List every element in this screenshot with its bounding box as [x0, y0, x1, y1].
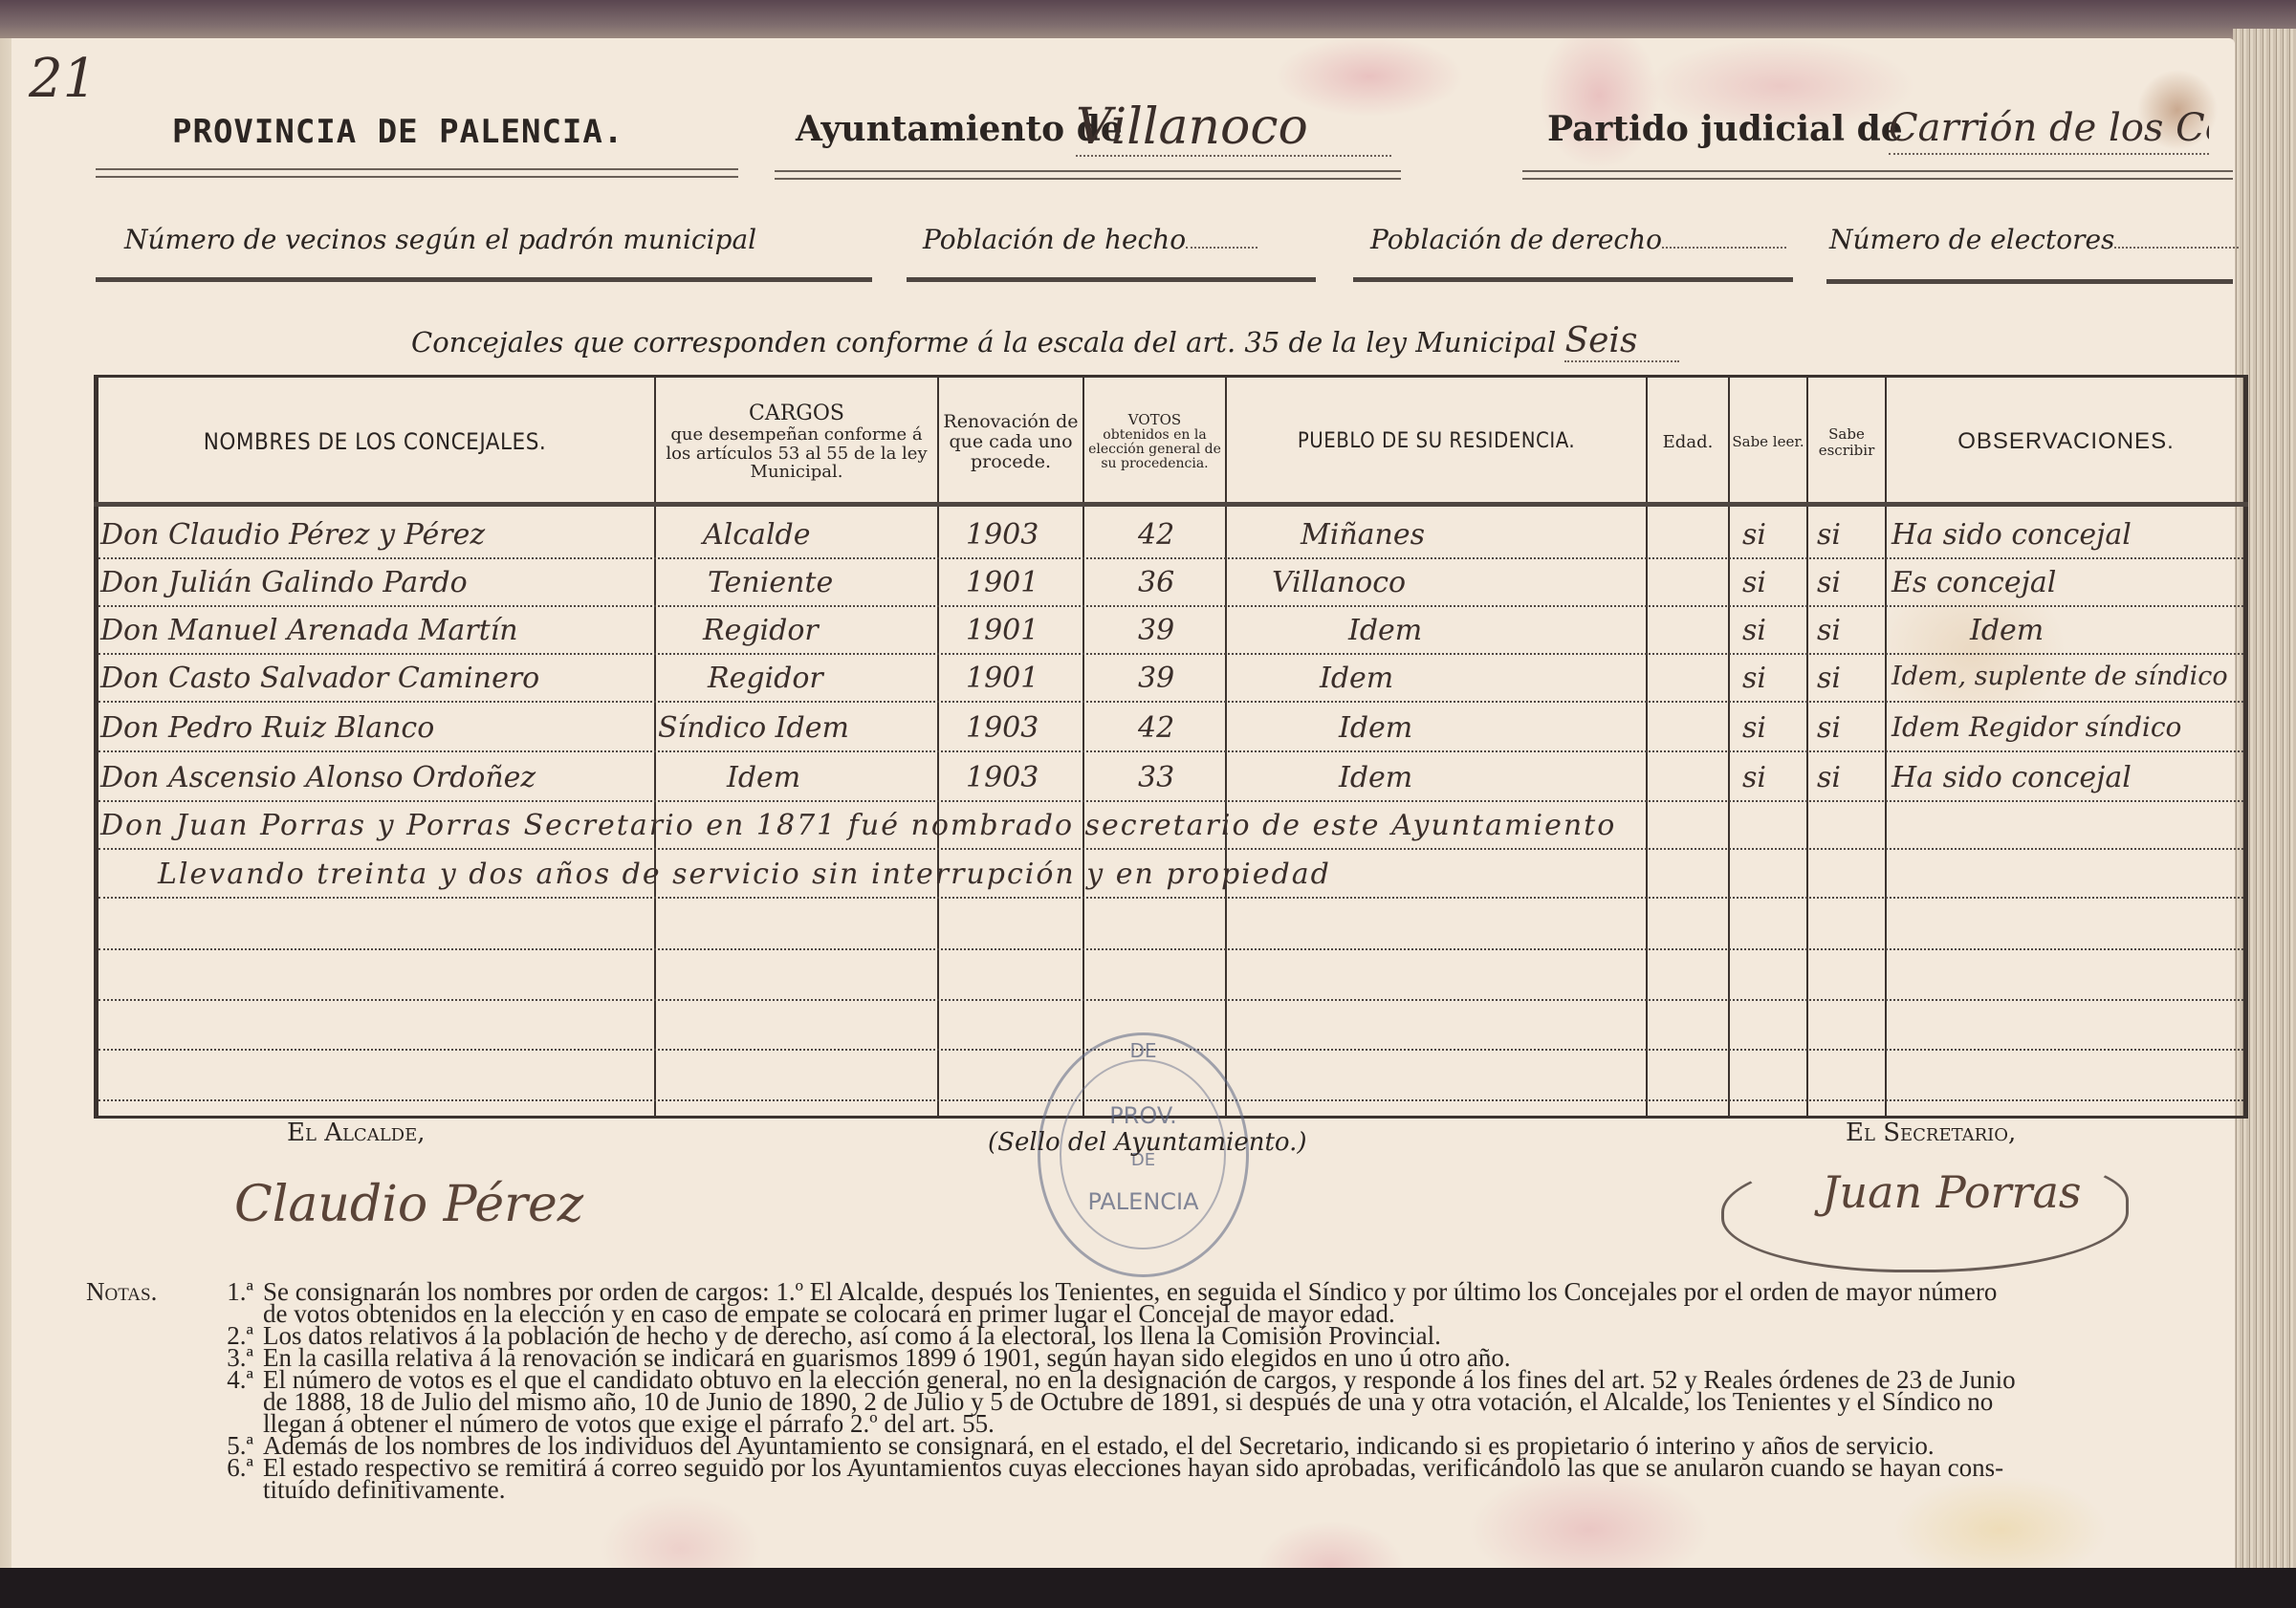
cell-renovacion: 1901 — [966, 614, 1039, 647]
notes-section: Notas. 1.ª Se consignarán los nombres po… — [86, 1281, 2228, 1501]
cell-pueblo: Miñanes — [1301, 518, 1425, 552]
electores-value — [2114, 247, 2239, 249]
cell-pueblo: Idem — [1339, 711, 1412, 745]
cell-votos: 42 — [1138, 711, 1174, 745]
poblacion-derecho-field: Población de derecho — [1370, 224, 1791, 255]
cell-cargo: Regidor — [708, 662, 823, 695]
province-title: PROVINCIA DE PALENCIA. — [172, 113, 623, 151]
notes-lead: Notas. — [86, 1281, 215, 1303]
concejales-line: Concejales que corresponden conforme á l… — [411, 321, 1679, 362]
cell-votos: 33 — [1138, 761, 1174, 794]
cell-nombre: Don Ascensio Alonso Ordoñez — [100, 761, 536, 794]
electores-label: Número de electores — [1829, 224, 2114, 255]
cell-votos: 36 — [1138, 566, 1174, 599]
col-header-sabe-escribir: Sabe escribir — [1808, 382, 1885, 502]
cell-sabe-escribir: si — [1817, 761, 1841, 794]
poblacion-hecho-value — [1186, 247, 1257, 249]
secretary-note-line-2: Llevando treinta y dos años de servicio … — [158, 858, 1331, 891]
cell-observaciones: Ha sido concejal — [1891, 518, 2132, 552]
cell-renovacion: 1903 — [966, 761, 1039, 794]
row-rule — [98, 848, 2243, 850]
row-rule — [98, 557, 2243, 559]
header-rule-right — [1522, 170, 2233, 180]
cell-sabe-escribir: si — [1817, 614, 1841, 647]
cell-observaciones: Idem Regidor síndico — [1891, 711, 2181, 743]
partido-judicial-label: Partido judicial de — [1547, 109, 1903, 149]
cell-nombre: Don Pedro Ruiz Blanco — [100, 711, 434, 745]
row-rule — [98, 948, 2243, 950]
cell-votos: 42 — [1138, 518, 1174, 552]
book-bottom-edge — [0, 1568, 2296, 1608]
col-header-sabe-leer: Sabe leer. — [1730, 382, 1806, 502]
col-header-observaciones: OBSERVACIONES. — [1887, 382, 2245, 502]
cell-votos: 39 — [1138, 662, 1174, 695]
ayuntamiento-label: Ayuntamiento de — [796, 109, 1123, 149]
cell-votos: 39 — [1138, 614, 1174, 647]
row-rule — [98, 897, 2243, 899]
cell-renovacion: 1903 — [966, 711, 1039, 745]
cell-pueblo: Villanoco — [1272, 566, 1406, 599]
secretario-signature: Juan Porras — [1822, 1166, 2082, 1218]
cell-nombre: Don Casto Salvador Caminero — [100, 662, 539, 695]
cell-sabe-escribir: si — [1817, 711, 1841, 745]
cell-pueblo: Idem — [1320, 662, 1393, 695]
concejales-value: Seis — [1564, 321, 1679, 362]
col-header-renovacion: Renovación de que cada uno procede. — [939, 382, 1082, 502]
cell-observaciones: Ha sido concejal — [1891, 761, 2132, 794]
cell-observaciones: Idem — [1970, 614, 2044, 647]
col-header-edad: Edad. — [1648, 382, 1728, 502]
page-number: 21 — [29, 48, 97, 110]
stats-rule-4 — [1826, 279, 2233, 284]
alcalde-label: El Alcalde, — [287, 1119, 426, 1147]
cell-pueblo: Idem — [1348, 614, 1422, 647]
cell-sabe-leer: si — [1742, 761, 1766, 794]
cell-sabe-escribir: si — [1817, 518, 1841, 552]
cell-sabe-leer: si — [1742, 711, 1766, 745]
stats-rule-1 — [96, 277, 872, 282]
vecinos-label: Número de vecinos según el padrón munici… — [124, 224, 756, 255]
electores-field: Número de electores — [1829, 224, 2241, 255]
alcalde-signature: Claudio Pérez — [234, 1176, 583, 1233]
header-rule-mid — [775, 170, 1401, 180]
row-rule — [98, 750, 2243, 752]
stats-rule-2 — [907, 277, 1316, 282]
poblacion-derecho-value — [1662, 247, 1786, 249]
cell-sabe-leer: si — [1742, 518, 1766, 552]
secretario-label: El Secretario, — [1846, 1119, 2016, 1147]
header-rule-left — [96, 168, 738, 178]
cell-cargo: Síndico Idem — [658, 711, 849, 745]
stats-rule-3 — [1353, 277, 1793, 282]
cell-renovacion: 1903 — [966, 518, 1039, 552]
col-header-votos: VOTOS obtenidos en la elección general d… — [1084, 382, 1225, 502]
partido-judicial-value: Carrión de los Co — [1889, 103, 2209, 155]
cell-cargo: Teniente — [708, 566, 833, 599]
cell-nombre: Don Claudio Pérez y Pérez — [100, 518, 485, 552]
concejales-label: Concejales que corresponden conforme á l… — [411, 326, 1556, 359]
row-rule — [98, 653, 2243, 655]
row-rule — [98, 999, 2243, 1001]
cell-observaciones: Idem, suplente de síndico — [1891, 662, 2228, 691]
row-rule — [98, 701, 2243, 703]
cell-renovacion: 1901 — [966, 566, 1039, 599]
cell-pueblo: Idem — [1339, 761, 1412, 794]
row-rule — [98, 605, 2243, 607]
cell-sabe-leer: si — [1742, 662, 1766, 695]
sello-label: (Sello del Ayuntamiento.) — [988, 1128, 1307, 1157]
poblacion-derecho-label: Población de derecho — [1370, 224, 1662, 255]
poblacion-hecho-field: Población de hecho — [923, 224, 1315, 255]
book-top-edge — [0, 0, 2296, 42]
row-rule — [98, 800, 2243, 802]
col-header-cargos: CARGOS que desempeñan conforme á los art… — [656, 382, 937, 502]
table-header-rule — [94, 502, 2248, 507]
cell-sabe-escribir: si — [1817, 662, 1841, 695]
cell-sabe-leer: si — [1742, 614, 1766, 647]
cell-cargo: Alcalde — [703, 518, 811, 552]
poblacion-hecho-label: Población de hecho — [923, 224, 1186, 255]
cell-sabe-leer: si — [1742, 566, 1766, 599]
cell-observaciones: Es concejal — [1891, 566, 2056, 599]
cell-sabe-escribir: si — [1817, 566, 1841, 599]
cell-cargo: Idem — [727, 761, 800, 794]
cell-nombre: Don Julián Galindo Pardo — [100, 566, 468, 599]
secretary-note-line-1: Don Juan Porras y Porras Secretario en 1… — [100, 809, 1616, 842]
col-header-pueblo: PUEBLO DE SU RESIDENCIA. — [1227, 382, 1646, 502]
cell-cargo: Regidor — [703, 614, 819, 647]
cell-renovacion: 1901 — [966, 662, 1039, 695]
ayuntamiento-value: Villanoco — [1076, 99, 1391, 157]
col-header-nombres: NOMBRES DE LOS CONCEJALES. — [96, 382, 654, 502]
cell-nombre: Don Manuel Arenada Martín — [100, 614, 518, 647]
